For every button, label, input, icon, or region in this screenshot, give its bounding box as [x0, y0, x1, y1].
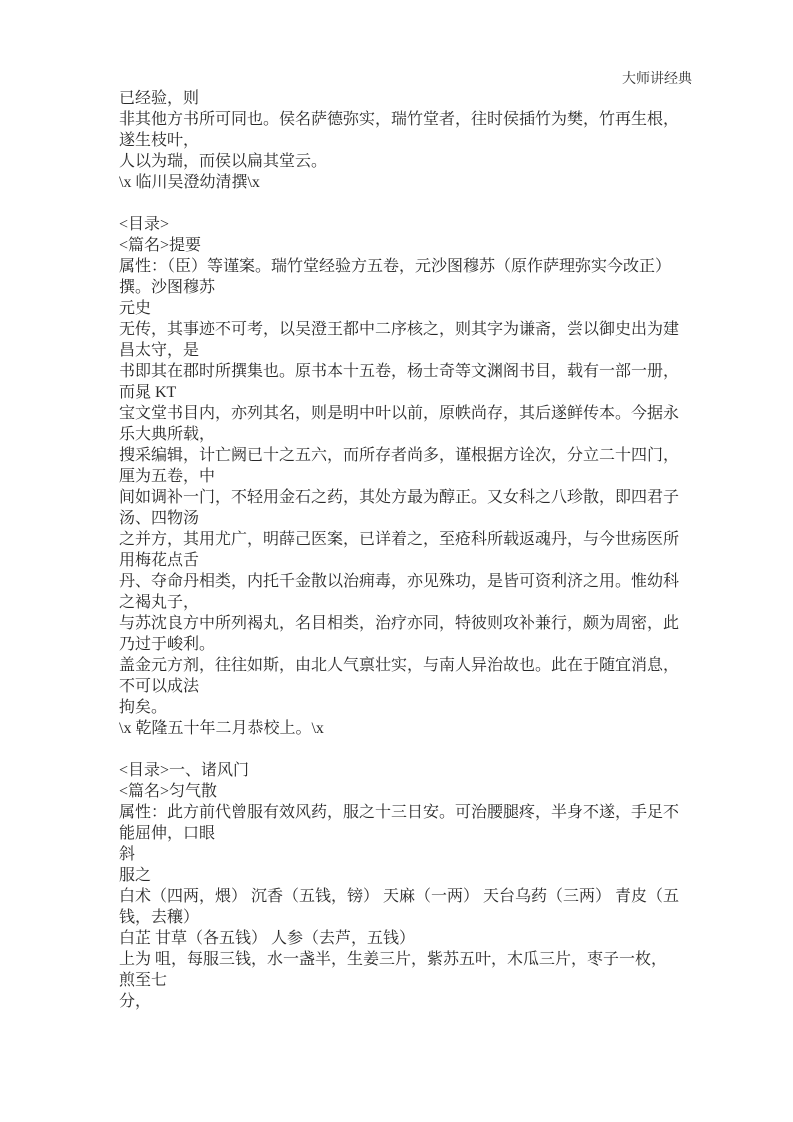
text-line: 宝文堂书目内，亦列其名，则是明中叶以前，原帙尚存，其后遂鲜传本。今据永 — [119, 403, 681, 424]
text-line: 撰。沙图穆苏 — [119, 277, 681, 298]
text-line: 元史 — [119, 298, 681, 319]
text-line: \x 临川吴澄幼清撰\x — [119, 172, 681, 193]
text-line: <篇名>匀气散 — [119, 781, 681, 802]
text-line: 钱，去穰） — [119, 907, 681, 928]
text-line: 而晁 KT — [119, 382, 681, 403]
text-line: \x 乾隆五十年二月恭校上。\x — [119, 718, 681, 739]
text-line: 非其他方书所可同也。侯名萨德弥实，瑞竹堂者，往时侯插竹为樊，竹再生根， — [119, 109, 681, 130]
text-line: <目录> — [119, 214, 681, 235]
text-line: <目录>一、诸风门 — [119, 760, 681, 781]
text-line: 属性：此方前代曾服有效风药，服之十三日安。可治腰腿疼，半身不遂，手足不 — [119, 802, 681, 823]
text-line: 厘为五卷，中 — [119, 466, 681, 487]
text-line: 斜 — [119, 844, 681, 865]
text-line: 属性：（臣）等谨案。瑞竹堂经验方五卷，元沙图穆苏（原作萨理弥实今改正） — [119, 256, 681, 277]
text-line: 拘矣。 — [119, 697, 681, 718]
text-line: 人以为瑞，而侯以扁其堂云。 — [119, 151, 681, 172]
text-line: 之并方，其用尤广，明薛己医案，已详着之，至疮科所载返魂丹，与今世疡医所 — [119, 529, 681, 550]
text-line — [119, 739, 681, 760]
text-line: 搜采编辑，计亡阙已十之五六，而所存者尚多，谨根据方诠次，分立二十四门， — [119, 445, 681, 466]
text-line: 分， — [119, 991, 681, 1012]
text-line: 用梅花点舌 — [119, 550, 681, 571]
text-line: 遂生枝叶， — [119, 130, 681, 151]
text-line: 能屈伸，口眼 — [119, 823, 681, 844]
text-line: 与苏沈良方中所列褐丸，名目相类，治疗亦同，特彼则攻补兼行，颇为周密，此 — [119, 613, 681, 634]
text-line: 乐大典所载， — [119, 424, 681, 445]
text-line: 乃过于峻利。 — [119, 634, 681, 655]
text-line: 煎至七 — [119, 970, 681, 991]
text-line: 不可以成法 — [119, 676, 681, 697]
page: 大师讲经典 已经验，则非其他方书所可同也。侯名萨德弥实，瑞竹堂者，往时侯插竹为樊… — [0, 0, 793, 1122]
text-line: 汤、四物汤 — [119, 508, 681, 529]
text-line: 上为 咀，每服三钱，水一盏半，生姜三片，紫苏五叶，木瓜三片，枣子一枚， — [119, 949, 681, 970]
text-line: 无传，其事迹不可考，以吴澄王都中二序核之，则其字为谦斋，尝以御史出为建 — [119, 319, 681, 340]
text-line: 丹、夺命丹相类，内托千金散以治痈毒，亦见殊功，是皆可资利济之用。惟幼科 — [119, 571, 681, 592]
text-line: 之褐丸子， — [119, 592, 681, 613]
page-header-title: 大师讲经典 — [622, 72, 692, 87]
text-line: <篇名>提要 — [119, 235, 681, 256]
text-line: 白术（四两，煨） 沉香（五钱，镑） 天麻（一两） 天台乌药（三两） 青皮（五 — [119, 886, 681, 907]
text-line: 盖金元方剂，往往如斯，由北人气禀壮实，与南人异治故也。此在于随宜消息， — [119, 655, 681, 676]
text-line: 间如调补一门，不轻用金石之药，其处方最为醇正。又女科之八珍散，即四君子 — [119, 487, 681, 508]
text-line: 服之 — [119, 865, 681, 886]
text-line: 昌太守，是 — [119, 340, 681, 361]
text-line — [119, 193, 681, 214]
text-line: 白芷 甘草（各五钱） 人参（去芦，五钱） — [119, 928, 681, 949]
text-line: 书即其在郡时所撰集也。原书本十五卷，杨士奇等文渊阁书目，载有一部一册， — [119, 361, 681, 382]
text-line: 已经验，则 — [119, 88, 681, 109]
document-body: 已经验，则非其他方书所可同也。侯名萨德弥实，瑞竹堂者，往时侯插竹为樊，竹再生根，… — [119, 88, 681, 1012]
